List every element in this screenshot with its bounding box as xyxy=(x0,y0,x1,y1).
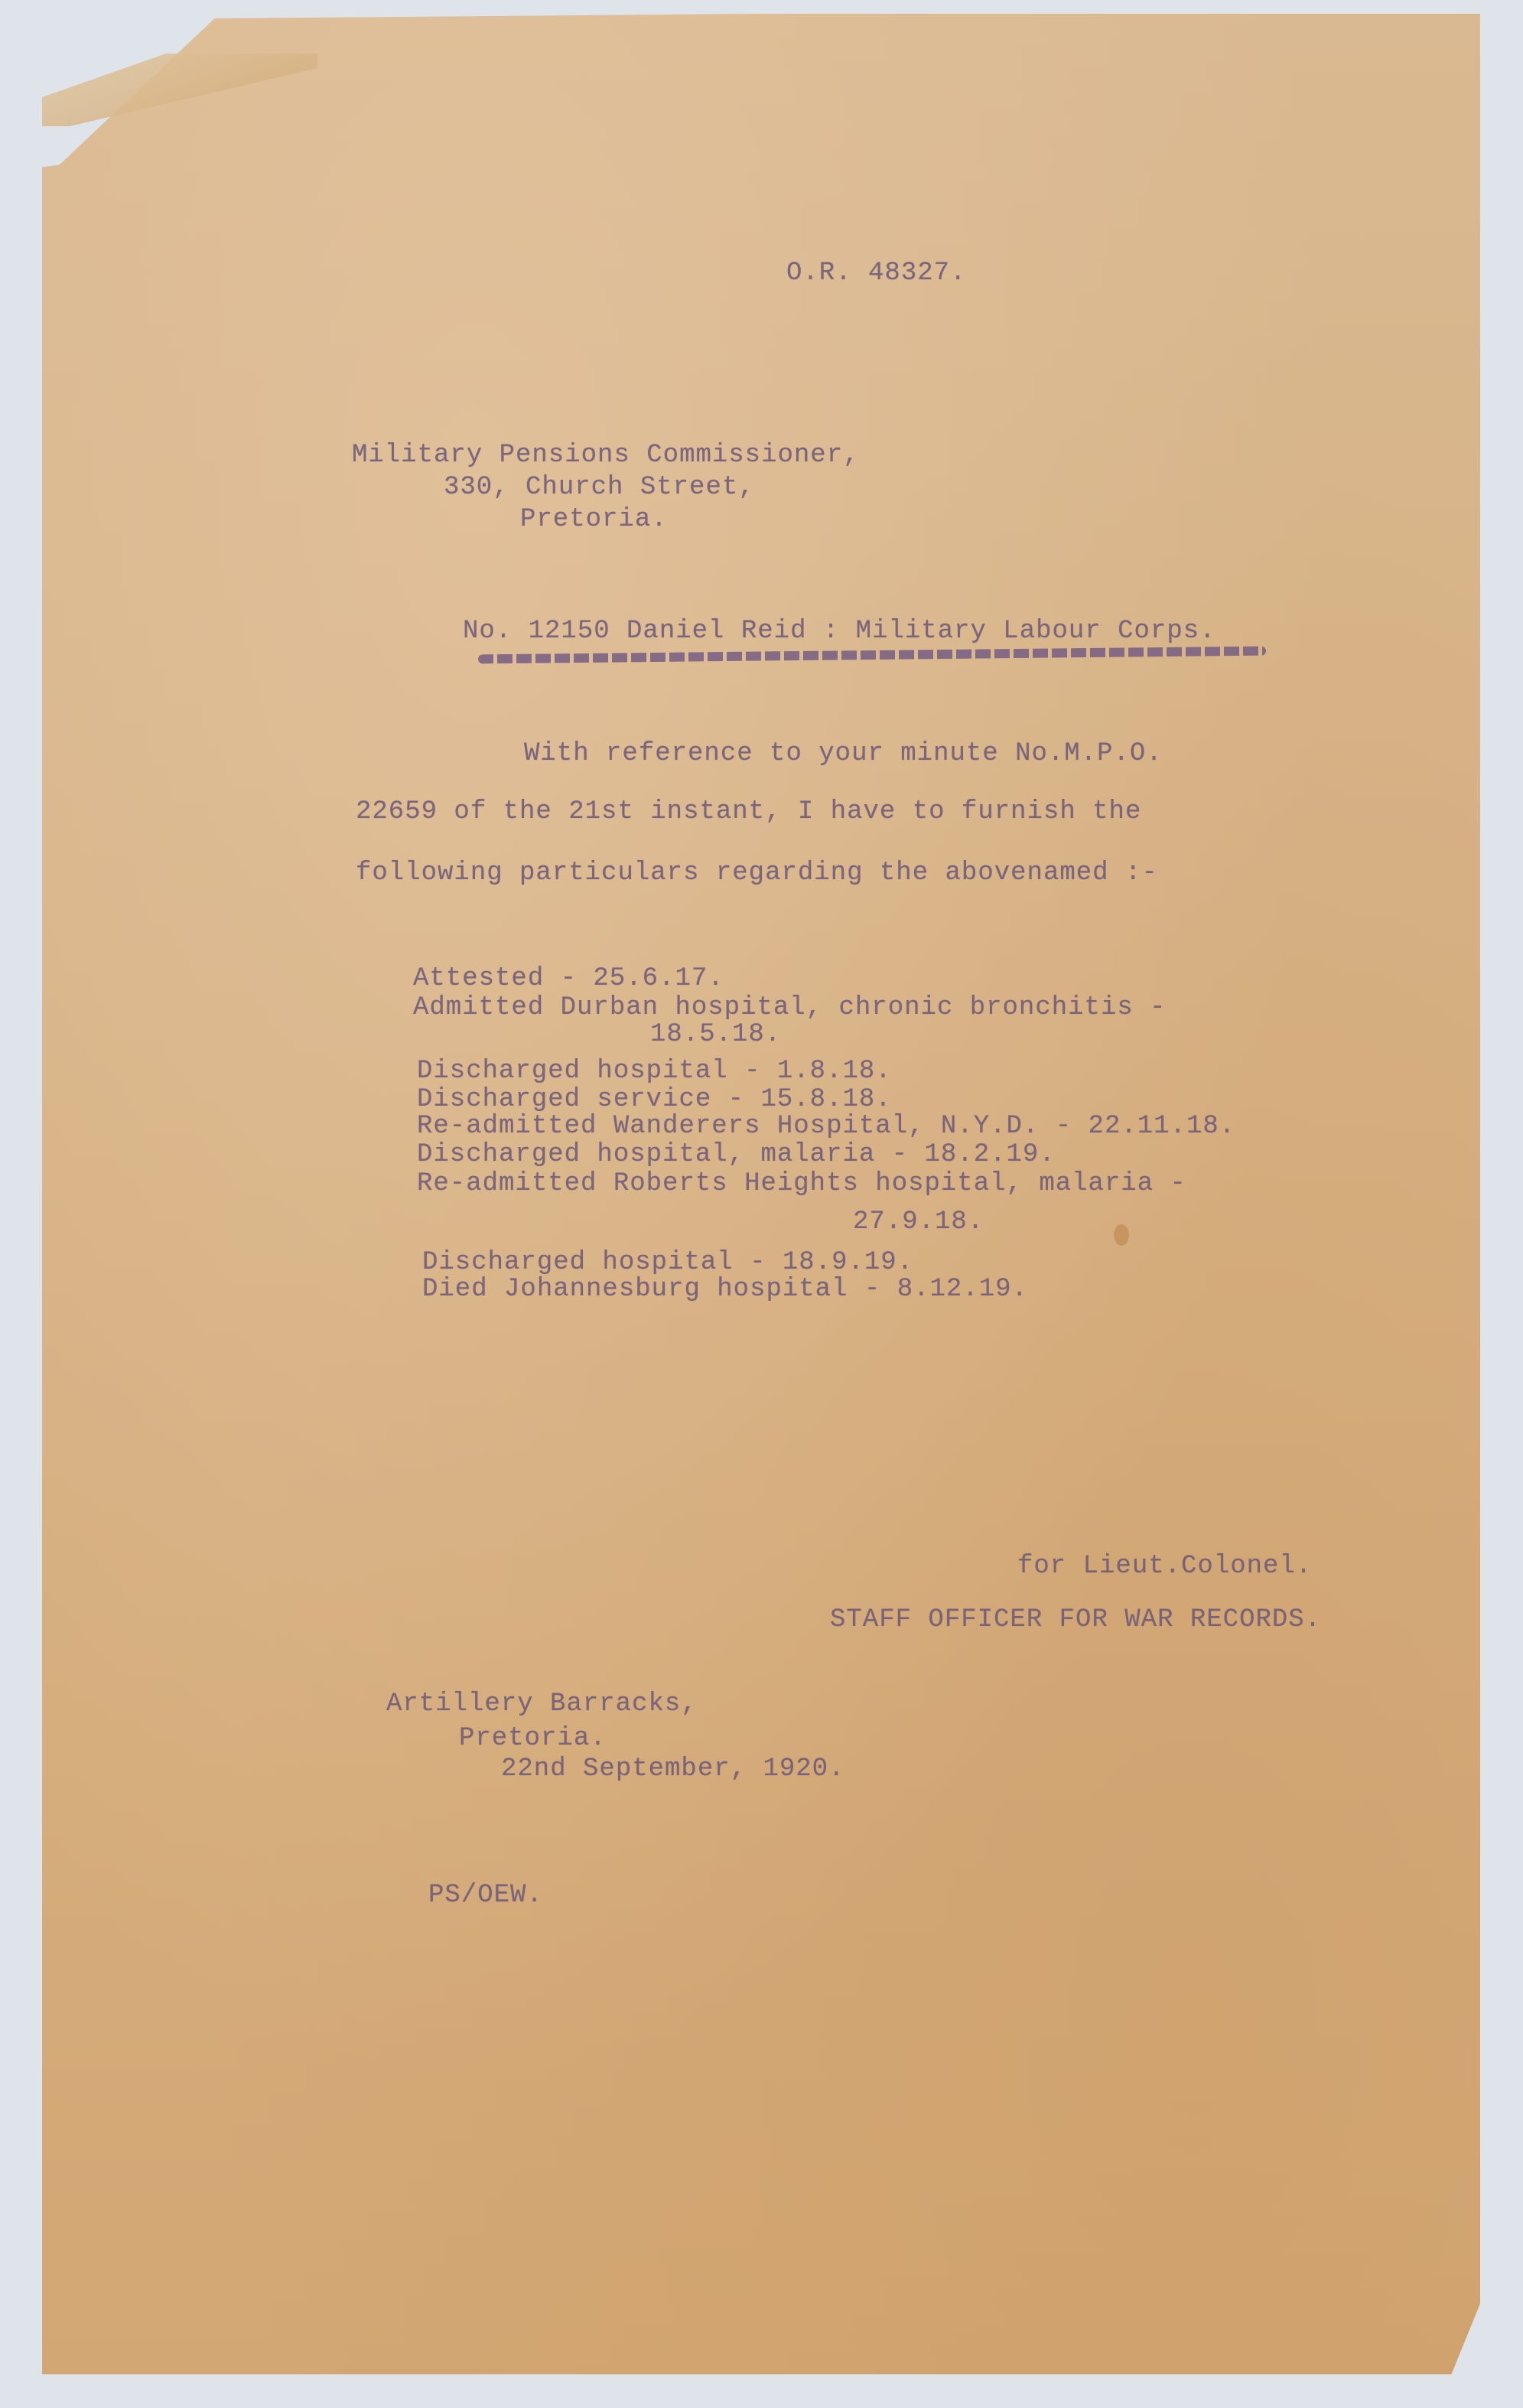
particular-item: Discharged service - 15.8.18. xyxy=(417,1087,892,1113)
particular-item: Re-admitted Wanderers Hospital, N.Y.D. -… xyxy=(417,1113,1235,1139)
particular-item: 27.9.18. xyxy=(853,1209,984,1235)
particular-item: Discharged hospital - 18.9.19. xyxy=(422,1250,913,1276)
particular-item: 18.5.18. xyxy=(650,1022,781,1048)
particular-item: Re-admitted Roberts Heights hospital, ma… xyxy=(417,1171,1186,1197)
paper-stain xyxy=(1114,1224,1129,1246)
sender-line-2: Pretoria. xyxy=(459,1725,607,1751)
body-line-2: 22659 of the 21st instant, I have to fur… xyxy=(356,799,1141,825)
body-line-3: following particulars regarding the abov… xyxy=(356,860,1158,886)
addressee-line-1: Military Pensions Commissioner, xyxy=(352,442,860,468)
signature-line-1: for Lieut.Colonel. xyxy=(1017,1553,1312,1579)
addressee-line-2: 330, Church Street, xyxy=(444,474,755,500)
sender-line-3: 22nd September, 1920. xyxy=(501,1756,844,1782)
particular-item: Died Johannesburg hospital - 8.12.19. xyxy=(422,1276,1028,1302)
sender-line-1: Artillery Barracks, xyxy=(386,1691,698,1717)
subject-line: No. 12150 Daniel Reid : Military Labour … xyxy=(463,618,1216,644)
signature-line-2: STAFF OFFICER FOR WAR RECORDS. xyxy=(830,1607,1321,1633)
body-line-1: With reference to your minute No.M.P.O. xyxy=(524,741,1163,767)
typist-initials: PS/OEW. xyxy=(428,1882,543,1908)
addressee-line-3: Pretoria. xyxy=(520,507,668,533)
particular-item: Admitted Durban hospital, chronic bronch… xyxy=(413,995,1167,1021)
reference-number: O.R. 48327. xyxy=(786,260,966,286)
particular-item: Discharged hospital - 1.8.18. xyxy=(417,1058,892,1084)
particular-item: Attested - 25.6.17. xyxy=(413,966,724,992)
particular-item: Discharged hospital, malaria - 18.2.19. xyxy=(417,1142,1056,1168)
